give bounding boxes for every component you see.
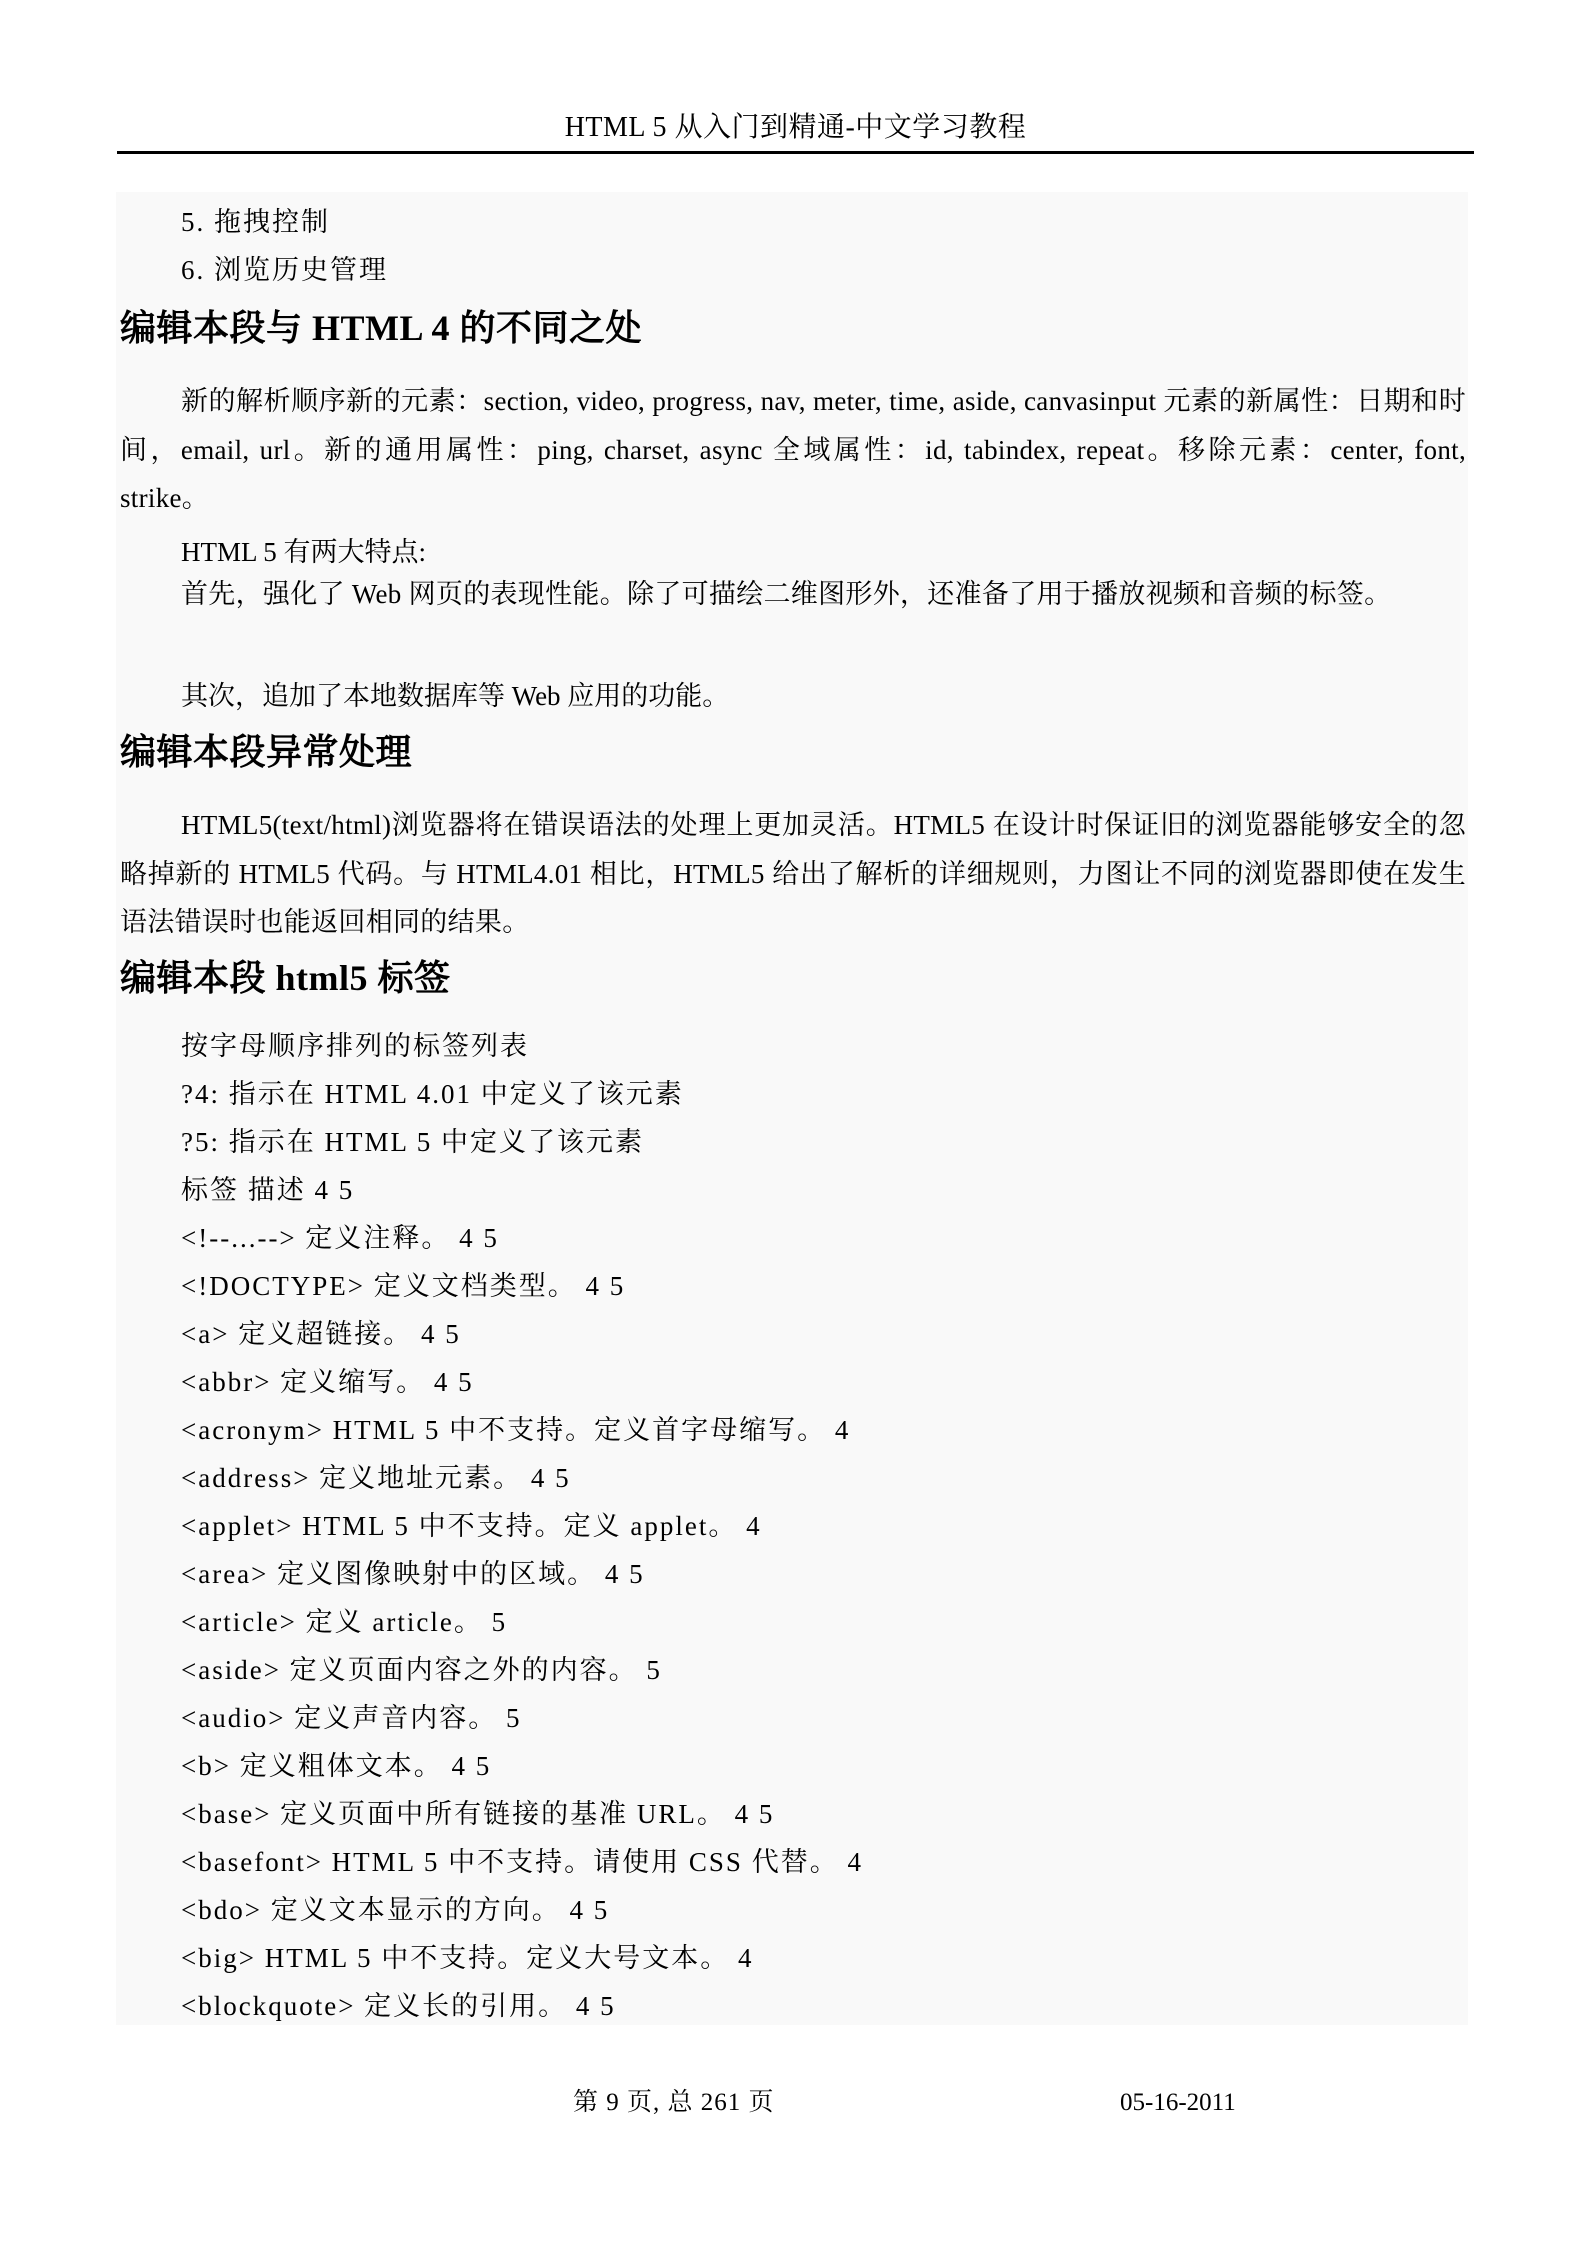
page-number: 第 9 页, 总 261 页 xyxy=(573,2088,775,2118)
legend-html4: ?4: 指示在 HTML 4.01 中定义了该元素 xyxy=(181,1076,684,1112)
tag-row: <big> HTML 5 中不支持。定义大号文本。 4 xyxy=(181,1940,753,1976)
footer-date: 05-16-2011 xyxy=(1120,2088,1236,2118)
tag-row: <!--...--> 定义注释。 4 5 xyxy=(181,1220,499,1256)
tag-row: <audio> 定义声音内容。 5 xyxy=(181,1700,521,1736)
paragraph: 新的解析顺序新的元素：section, video, progress, nav… xyxy=(120,377,1466,523)
tag-row: <b> 定义粗体文本。 4 5 xyxy=(181,1748,491,1784)
tag-list-intro: 按字母顺序排列的标签列表 xyxy=(181,1028,529,1064)
paragraph: 首先，强化了 Web 网页的表现性能。除了可描绘二维图形外，还准备了用于播放视频… xyxy=(120,570,1466,619)
section-heading-html5-tags: 编辑本段 html5 标签 xyxy=(120,956,451,1000)
tag-row: <article> 定义 article。 5 xyxy=(181,1604,507,1640)
tag-row: <applet> HTML 5 中不支持。定义 applet。 4 xyxy=(181,1508,762,1544)
tag-row: <acronym> HTML 5 中不支持。定义首字母缩写。 4 xyxy=(181,1412,850,1448)
paragraph: HTML 5 有两大特点: xyxy=(181,534,426,570)
tag-row: <address> 定义地址元素。 4 5 xyxy=(181,1460,571,1496)
list-item: 5. 拖拽控制 xyxy=(181,204,330,240)
paragraph: 其次，追加了本地数据库等 Web 应用的功能。 xyxy=(181,678,729,714)
header-divider xyxy=(117,151,1474,154)
tag-row: <a> 定义超链接。 4 5 xyxy=(181,1316,461,1352)
list-item: 6. 浏览历史管理 xyxy=(181,252,388,288)
tag-row: <!DOCTYPE> 定义文档类型。 4 5 xyxy=(181,1268,625,1304)
document-body: 5. 拖拽控制 6. 浏览历史管理 编辑本段与 HTML 4 的不同之处 新的解… xyxy=(116,192,1468,2025)
tag-row: <basefont> HTML 5 中不支持。请使用 CSS 代替。 4 xyxy=(181,1844,863,1880)
legend-html5: ?5: 指示在 HTML 5 中定义了该元素 xyxy=(181,1124,644,1160)
paragraph: HTML5(text/html)浏览器将在错误语法的处理上更加灵活。HTML5 … xyxy=(120,801,1466,947)
section-heading-html4-differences: 编辑本段与 HTML 4 的不同之处 xyxy=(120,306,642,350)
tag-row: <abbr> 定义缩写。 4 5 xyxy=(181,1364,474,1400)
tag-row: <bdo> 定义文本显示的方向。 4 5 xyxy=(181,1892,609,1928)
tag-row: <base> 定义页面中所有链接的基准 URL。 4 5 xyxy=(181,1796,774,1832)
section-heading-error-handling: 编辑本段异常处理 xyxy=(120,730,412,774)
page-header-title: HTML 5 从入门到精通-中文学习教程 xyxy=(117,108,1474,152)
tag-row: <area> 定义图像映射中的区域。 4 5 xyxy=(181,1556,645,1592)
tag-row: <blockquote> 定义长的引用。 4 5 xyxy=(181,1988,616,2024)
tag-row: <aside> 定义页面内容之外的内容。 5 xyxy=(181,1652,662,1688)
tag-table-header: 标签 描述 4 5 xyxy=(181,1172,354,1208)
